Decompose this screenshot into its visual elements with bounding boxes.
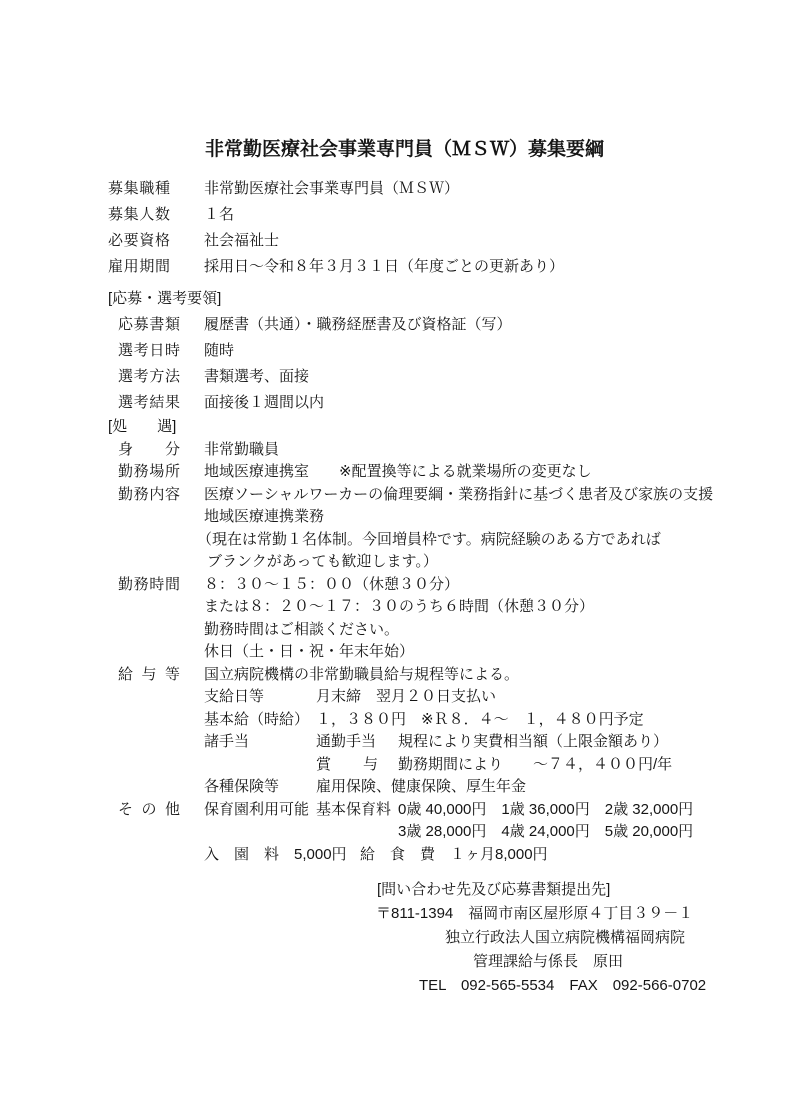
field-row-employment-period: 雇用期間 採用日～令和８年３月３１日（年度ごとの更新あり） [108,254,792,280]
field-row-working-hours: 勤務時間 ８：３０～１５：００（休憩３０分） または８：２０～１７：３０のうち６… [108,574,792,664]
hours-line-4: 休日（土・日・祝・年末年始） [204,641,594,664]
sub-label: 支給日等 [204,686,316,709]
field-row-selection-date: 選考日時 随時 [108,338,792,364]
field-label-col: 雇用期間 [108,254,204,280]
field-row-job-type: 募集職種 非常勤医療社会事業専門員（ＭＳＷ） [108,176,792,202]
nursery-fee-row-1: 保育園利用可能 基本保育料 0歳 40,000円 1歳 36,000円 2歳 3… [204,799,693,822]
sub-label: 諸手当 [204,731,316,776]
document-page: 非常勤医療社会事業専門員（ＭＳＷ）募集要綱 募集職種 非常勤医療社会事業専門員（… [0,0,792,1120]
hours-line-2: または８：２０～１７：３０のうち６時間（休憩３０分） [204,596,594,619]
sub-value: 月末締 翌月２０日支払い [316,686,496,709]
field-value: 面接後１週間以内 [204,390,324,416]
field-value: 随時 [204,338,234,364]
contact-heading: [問い合わせ先及び応募書類提出先] [108,878,792,902]
field-value: １名 [204,202,234,228]
field-label-col: 募集職種 [108,176,204,202]
field-row-status: 身分 非常勤職員 [108,439,792,462]
field-value: 社会福祉士 [204,228,279,254]
field-label-col: その他 [118,799,204,822]
field-label-col: 募集人数 [108,202,204,228]
contact-footer: [問い合わせ先及び応募書類提出先] 〒811-1394 福岡市南区屋形原４丁目３… [108,878,792,998]
overview-section: 募集職種 非常勤医療社会事業専門員（ＭＳＷ） 募集人数 １名 必要資格 社会福祉… [108,176,792,280]
field-row-duties: 勤務内容 医療ソーシャルワーカーの倫理要綱・業務指針に基づく患者及び家族の支援 … [108,484,792,529]
field-row-selection-result: 選考結果 面接後１週間以内 [108,390,792,416]
field-label: 勤務場所 [118,461,180,484]
nursery-available-label: 保育園利用可能 [204,799,316,822]
page-title: 非常勤医療社会事業専門員（ＭＳＷ）募集要綱 [205,138,792,162]
salary-payday-row: 支給日等 月末締 翌月２０日支払い [204,686,672,709]
sub-sub-value: 規程により実費相当額（上限金額あり） [398,731,668,754]
field-label: 選考日時 [118,338,180,364]
field-label-col: 応募書類 [118,312,204,338]
field-label-col: 勤務場所 [118,461,204,484]
nursery-fee-label: 基本保育料 [316,799,398,822]
hours-line-1: ８：３０～１５：００（休憩３０分） [204,574,594,597]
contact-tel-fax: TEL 092-565-5534 FAX 092-566-0702 [108,974,792,998]
treatment-section-heading: [処 遇] [108,416,792,439]
spacer [316,821,398,844]
field-value: 履歴書（共通）・職務経歴書及び資格証（写） [204,312,512,338]
application-section: [応募・選考要領] 応募書類 履歴書（共通）・職務経歴書及び資格証（写） 選考日… [108,286,792,416]
field-label: 必要資格 [108,228,170,254]
field-label-col: 選考日時 [118,338,204,364]
field-label-col: 勤務内容 [118,484,204,507]
nursery-fee-values-2: 3歳 28,000円 4歳 24,000円 5歳 20,000円 [398,821,693,844]
field-label: 応募書類 [118,312,180,338]
nursery-fee-row-2: 3歳 28,000円 4歳 24,000円 5歳 20,000円 [204,821,693,844]
field-label: 給与等 [118,664,180,687]
contact-person: 管理課給与係長 原田 [108,950,792,974]
field-value: 採用日～令和８年３月３１日（年度ごとの更新あり） [204,254,564,280]
field-value: 書類選考、面接 [204,364,309,390]
field-value: 非常勤医療社会事業専門員（ＭＳＷ） [204,176,459,202]
sub-value: １，３８０円 ※Ｒ８．４～ １，４８０円予定 [316,709,644,732]
sub-sub-label: 賞与 [316,754,378,777]
salary-base-row: 基本給（時給） １，３８０円 ※Ｒ８．４～ １，４８０円予定 [204,709,672,732]
field-value: 非常勤職員 [204,439,279,462]
field-label: 募集職種 [108,176,170,202]
sub-sub-label: 通勤手当 [316,731,398,754]
field-row-selection-method: 選考方法 書類選考、面接 [108,364,792,390]
duties-line-1: 医療ソーシャルワーカーの倫理要綱・業務指針に基づく患者及び家族の支援 [204,484,713,507]
allowance-value-block: 通勤手当 規程により実費相当額（上限金額あり） 賞与 勤務期間により ～７４，４… [316,731,672,776]
field-label: 選考方法 [118,364,180,390]
field-label-col: 選考方法 [118,364,204,390]
application-section-heading: [応募・選考要領] [108,286,792,312]
field-label: 身分 [118,439,180,462]
allowance-commute-row: 通勤手当 規程により実費相当額（上限金額あり） [316,731,672,754]
field-label-col: 選考結果 [118,390,204,416]
salary-value-block: 国立病院機構の非常勤職員給与規程等による。 支給日等 月末締 翌月２０日支払い … [204,664,672,799]
field-row-other: その他 保育園利用可能 基本保育料 0歳 40,000円 1歳 36,000円 … [108,799,792,867]
spacer [204,821,316,844]
salary-allowance-row: 諸手当 通勤手当 規程により実費相当額（上限金額あり） 賞与 勤務期間により ～… [204,731,672,776]
duties-line-2: 地域医療連携業務 [204,506,713,529]
allowance-bonus-row: 賞与 勤務期間により ～７４，４００円/年 [316,754,672,777]
field-label: 勤務時間 [118,574,180,597]
hours-line-3: 勤務時間はご相談ください。 [204,619,594,642]
sub-label: 各種保険等 [204,776,316,799]
treatment-section: [処 遇] 身分 非常勤職員 勤務場所 地域医療連携室 ※配置換等による就業場所… [108,416,792,866]
field-row-qualification: 必要資格 社会福祉士 [108,228,792,254]
field-label-col: 必要資格 [108,228,204,254]
field-row-workplace: 勤務場所 地域医療連携室 ※配置換等による就業場所の変更なし [108,461,792,484]
nursery-fee-values-1: 0歳 40,000円 1歳 36,000円 2歳 32,000円 [398,799,693,822]
sub-sub-label-col: 賞与 [316,754,398,777]
hours-value-block: ８：３０～１５：００（休憩３０分） または８：２０～１７：３０のうち６時間（休憩… [204,574,594,664]
field-label: 勤務内容 [118,484,180,507]
field-label: その他 [118,799,180,822]
field-row-salary: 給与等 国立病院機構の非常勤職員給与規程等による。 支給日等 月末締 翌月２０日… [108,664,792,799]
field-label: 雇用期間 [108,254,170,280]
sub-sub-value: 勤務期間により ～７４，４００円/年 [398,754,672,777]
field-label-col: 身分 [118,439,204,462]
duties-note-line-1: （現在は常勤１名体制。今回増員枠です。病院経験のある方であれば [108,529,792,552]
sub-label: 基本給（時給） [204,709,316,732]
nursery-fee-row-3: 入 園 料 5,000円 給 食 費 １ヶ月8,000円 [204,844,693,867]
field-row-documents: 応募書類 履歴書（共通）・職務経歴書及び資格証（写） [108,312,792,338]
duties-value-block: 医療ソーシャルワーカーの倫理要綱・業務指針に基づく患者及び家族の支援 地域医療連… [204,484,713,529]
contact-address: 〒811-1394 福岡市南区屋形原４丁目３９－１ [108,902,792,926]
other-value-block: 保育園利用可能 基本保育料 0歳 40,000円 1歳 36,000円 2歳 3… [204,799,693,867]
duties-note-line-2: ブランクがあっても歓迎します。） [108,551,792,574]
sub-value: 雇用保険、健康保険、厚生年金 [316,776,526,799]
field-label-col: 勤務時間 [118,574,204,597]
field-label: 募集人数 [108,202,170,228]
salary-insurance-row: 各種保険等 雇用保険、健康保険、厚生年金 [204,776,672,799]
field-row-headcount: 募集人数 １名 [108,202,792,228]
meal-fee: 給 食 費 １ヶ月8,000円 [360,844,548,867]
field-value: 地域医療連携室 ※配置換等による就業場所の変更なし [204,461,592,484]
admission-fee: 入 園 料 5,000円 [204,844,360,867]
field-label-col: 給与等 [118,664,204,687]
contact-organization: 独立行政法人国立病院機構福岡病院 [108,926,792,950]
salary-main-line: 国立病院機構の非常勤職員給与規程等による。 [204,664,672,687]
field-label: 選考結果 [118,390,180,416]
